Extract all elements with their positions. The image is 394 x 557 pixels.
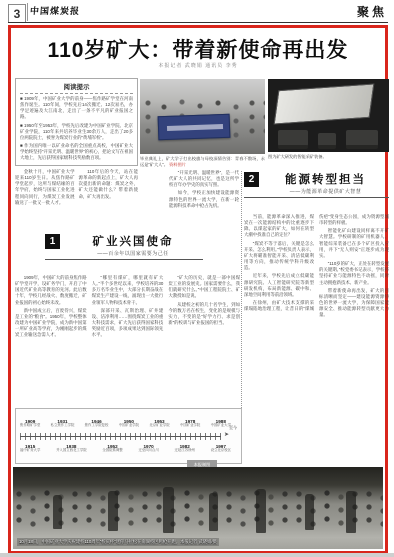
paragraph: 智能化矿山建设同样离不开矿大智慧。学校研制的矿用机器人、智能综采装备已在多个矿区…: [319, 228, 389, 259]
newspaper-page: 3 中国煤炭报 聚焦 110岁矿大：带着新使命再出发 本报记者 武晓娟 通讯员 …: [0, 0, 394, 557]
runner-silhouette: [108, 491, 118, 531]
timeline-event-name: 设立北京校区: [211, 449, 231, 453]
article-frame: 110岁矿大：带着新使命再出发 本报记者 武晓娟 通讯员 李秀 阅读提示 ■ 1…: [8, 25, 388, 554]
section-2-header: 2 能源转型担当 ——为能源革命提供矿大智慧: [244, 171, 389, 198]
runner-silhouette: [53, 495, 62, 529]
paragraph: 新中国成立后，百废待兴，煤炭是工业的“粮食”。1950年，学校整体改建为中国矿业…: [15, 308, 87, 339]
timeline-event-name: 焦作路矿学堂: [20, 424, 40, 428]
timeline-arrow-icon: ➤: [224, 432, 229, 438]
timeline-event: 1988 中国矿业大学: [211, 419, 231, 428]
mining-machine-icon: [318, 133, 336, 146]
page-bottom-margin: [0, 553, 394, 557]
photo-marathon-crowd: 10月18日，中国矿业大学庆祝建校110周年“校庆杯”迷你马拉松在南湖校区鸣枪开…: [13, 467, 383, 549]
paragraph: ■ 作为国内唯一以矿业命名的全国重点高校，中国矿业大学始终坚持“开采光明、温暖世…: [20, 143, 133, 161]
photo1-caption: 毕业典礼上，矿大学子打出校旗与母校深情告别：青春不散场，永远是“矿大人”。 资料…: [140, 156, 265, 167]
section-1-header: 1 矿业兴国使命 ——百余年以国家需要为己任: [45, 233, 203, 260]
mining-machine-icon: [278, 130, 308, 146]
timeline-event-name: 焦作工学院复校: [85, 424, 109, 428]
timeline-event-name: 中国矿业学院: [119, 424, 139, 428]
paragraph: 1909年，中国矿大的前身焦作路矿学堂开学，设矿务学门，开启了中国近代矿业高等教…: [15, 275, 87, 306]
section-1-number: 1: [45, 234, 60, 249]
section-2-title: 能源转型担当: [262, 171, 389, 187]
section-1-body: 1909年，中国矿大的前身焦作路矿学堂开学，设矿务学门，开启了中国近代矿业高等教…: [15, 275, 240, 405]
timeline-event-name: 北京矿业学院: [149, 424, 169, 428]
paragraph: “煤炭不等于落后，关键是怎么开采、怎么利用。”学校负责人表示，矿大将瞄准智能开采…: [244, 241, 314, 272]
photo2-caption: 图为矿大研发的智能采矿装备。: [268, 154, 389, 160]
timeline-event-name: 全国院系调整: [102, 449, 122, 453]
intro-box-title: 阅读提示: [20, 82, 133, 94]
timeline-event: 1982 迁址江苏徐州: [175, 444, 195, 453]
timeline-event: 1953 北京矿业学院: [149, 419, 169, 428]
header-rule: [8, 22, 388, 23]
timeline-event: 1952 全国院系调整: [102, 444, 122, 453]
timeline-event: 1946 焦作工学院复校: [85, 419, 109, 428]
photo1-credit: 资料图片: [169, 162, 186, 167]
timeline-end-label: 至今: [229, 425, 237, 431]
timeline-event: 1931 私立焦作工学院: [51, 419, 75, 428]
paragraph: “110岁的矿大，正处在转型发展的关键期。”校党委书记表示，学校将坚持矿业与能源…: [319, 261, 389, 286]
paragraph: 当前，能源革命深入推进，煤炭在一次能源结构中的比重逐步下降。以煤起家的矿大，如何…: [244, 214, 314, 239]
timeline-event-name: 迁址江苏徐州: [175, 449, 195, 453]
paragraph: ■ 1950年至1953年，学校先后改建为中国矿业学院、北京矿业学院，110年来…: [20, 123, 133, 141]
timeline-event-name: 福中矿务大学: [20, 449, 40, 453]
timeline-top-row: 1909 焦作路矿学堂 1931 私立焦作工学院 1946 焦作工学院复校: [20, 411, 231, 428]
runner-silhouette: [163, 487, 174, 533]
section-2-subtitle: ——为能源革命提供矿大智慧: [262, 188, 389, 195]
timeline-event-name: 迁至四川合川: [138, 449, 158, 453]
section-1-title: 矿业兴国使命: [63, 233, 203, 249]
timeline-event: 1938 并入国立西北工学院: [56, 444, 87, 453]
timeline-event-name: 并入国立西北工学院: [56, 449, 87, 453]
timeline-event: 1909 焦作路矿学堂: [20, 419, 40, 428]
paragraph: 带着新使命再出发，矿大的目标清晰而坚定——建设能源资源特色的世界一流大学，为保障…: [319, 288, 389, 319]
runner-silhouette: [209, 493, 218, 531]
lead-paragraphs: 金秋十月，中国矿业大学迎来110岁生日。从焦作路矿学堂起步，这所与煤结缘的百年学…: [15, 169, 138, 232]
runner-silhouette: [305, 494, 314, 530]
timeline-bottom-row: 1915 福中矿务大学 1938 并入国立西北工学院 1952 全国院系调整: [20, 444, 231, 461]
crowd-texture: [13, 489, 383, 529]
column-3-top-text: “开采光明、温暖世界”，是一代代矿大人的共同记忆，也是这所学校百年办学史的真实写…: [169, 170, 239, 231]
masthead-divider: [27, 3, 28, 21]
timeline-event: 1997 设立北京校区: [211, 444, 231, 453]
headline: 110岁矿大：带着新使命再出发: [11, 34, 385, 64]
paragraph: ■ 1909年，中国矿业大学的前身——焦作路矿学堂在河南焦作诞生。110年间，学…: [20, 96, 133, 121]
timeline-event: 1978 中国矿业学院: [180, 419, 200, 428]
paragraph: “开采光明、温暖世界”，是一代代矿大人的共同记忆，也是这所学校百年办学史的真实写…: [169, 170, 239, 188]
bottom-photo-caption: 10月18日，中国矿业大学庆祝建校110周年“校庆杯”迷你马拉松在南湖校区鸣枪开…: [17, 538, 219, 546]
section-label: 聚焦: [357, 3, 387, 20]
timeline-line: [20, 436, 221, 437]
paragraph: 金秋十月，中国矿业大学迎来110岁生日。从焦作路矿学堂起步，这所与煤结缘的百年学…: [15, 169, 75, 206]
history-timeline: 1909 焦作路矿学堂 1931 私立焦作工学院 1946 焦作工学院复校: [15, 408, 242, 464]
paragraph: 从建校之初的几十名学生，到如今的数万名在校生，变化的是规模与实力，不变的是“好学…: [168, 302, 240, 327]
timeline-event: 1970 迁至四川合川: [138, 444, 158, 453]
runner-silhouette: [256, 489, 266, 533]
paragraph: “矿大的历史，就是一部中国煤炭工业的发展史。国家需要什么，我们就研究什么。”中国…: [168, 275, 240, 300]
timeline-axis: ➤ 至今: [20, 431, 231, 442]
page-number: 3: [8, 4, 26, 23]
timeline-event-name: 中国矿业学院: [180, 424, 200, 428]
university-banner: [158, 114, 231, 140]
paragraph: 深部开采、瓦斯治理、矿井建设、洁净利用……围绕煤炭工业的重大科技需求，矿大先后获…: [92, 308, 164, 339]
byline: 本报记者 武晓娟 通讯员 李秀: [11, 62, 385, 69]
paragraph: 110年后的今天，站在能源革命的新起点上，矿大人再次提出新的命题：煤炭之外，矿大…: [79, 169, 139, 200]
photo-students-banner: [140, 79, 265, 154]
section-2-number: 2: [244, 172, 259, 187]
paragraph: “哪里有煤矿，哪里就有矿大人。”半个多世纪以来，学校培养的30多万名毕业生中，大…: [92, 275, 164, 306]
intro-box: 阅读提示 ■ 1909年，中国矿业大学的前身——焦作路矿学堂在河南焦作诞生。11…: [15, 78, 138, 166]
section-1-subtitle: ——百余年以国家需要为己任: [63, 250, 203, 257]
intro-box-items: ■ 1909年，中国矿业大学的前身——焦作路矿学堂在河南焦作诞生。110年间，学…: [20, 96, 133, 162]
masthead-logo: 中国煤炭报: [30, 4, 81, 17]
timeline-event-name: 中国矿业大学: [211, 424, 231, 428]
mining-machine-icon: [346, 130, 378, 146]
photo-mining-robots: [268, 79, 389, 152]
section-2-body: 当前，能源革命深入推进，煤炭在一次能源结构中的比重逐步下降。以煤起家的矿大，如何…: [244, 214, 389, 464]
timeline-event: 1950 中国矿业学院: [119, 419, 139, 428]
timeline-event-name: 私立焦作工学院: [51, 424, 75, 428]
exhibit-board: [274, 83, 375, 124]
paragraph: 如今，学校正加快建设能源资源特色的世界一流大学，在新一轮能源科技革命中抢占先机。: [169, 190, 239, 208]
runner-silhouette: [346, 491, 356, 533]
timeline-event: 1915 福中矿务大学: [20, 444, 40, 453]
paragraph: 近年来，学校先后成立低碳能源研究院、人工智能研究院等新型研发机构，布局新能源、碳…: [244, 273, 314, 298]
